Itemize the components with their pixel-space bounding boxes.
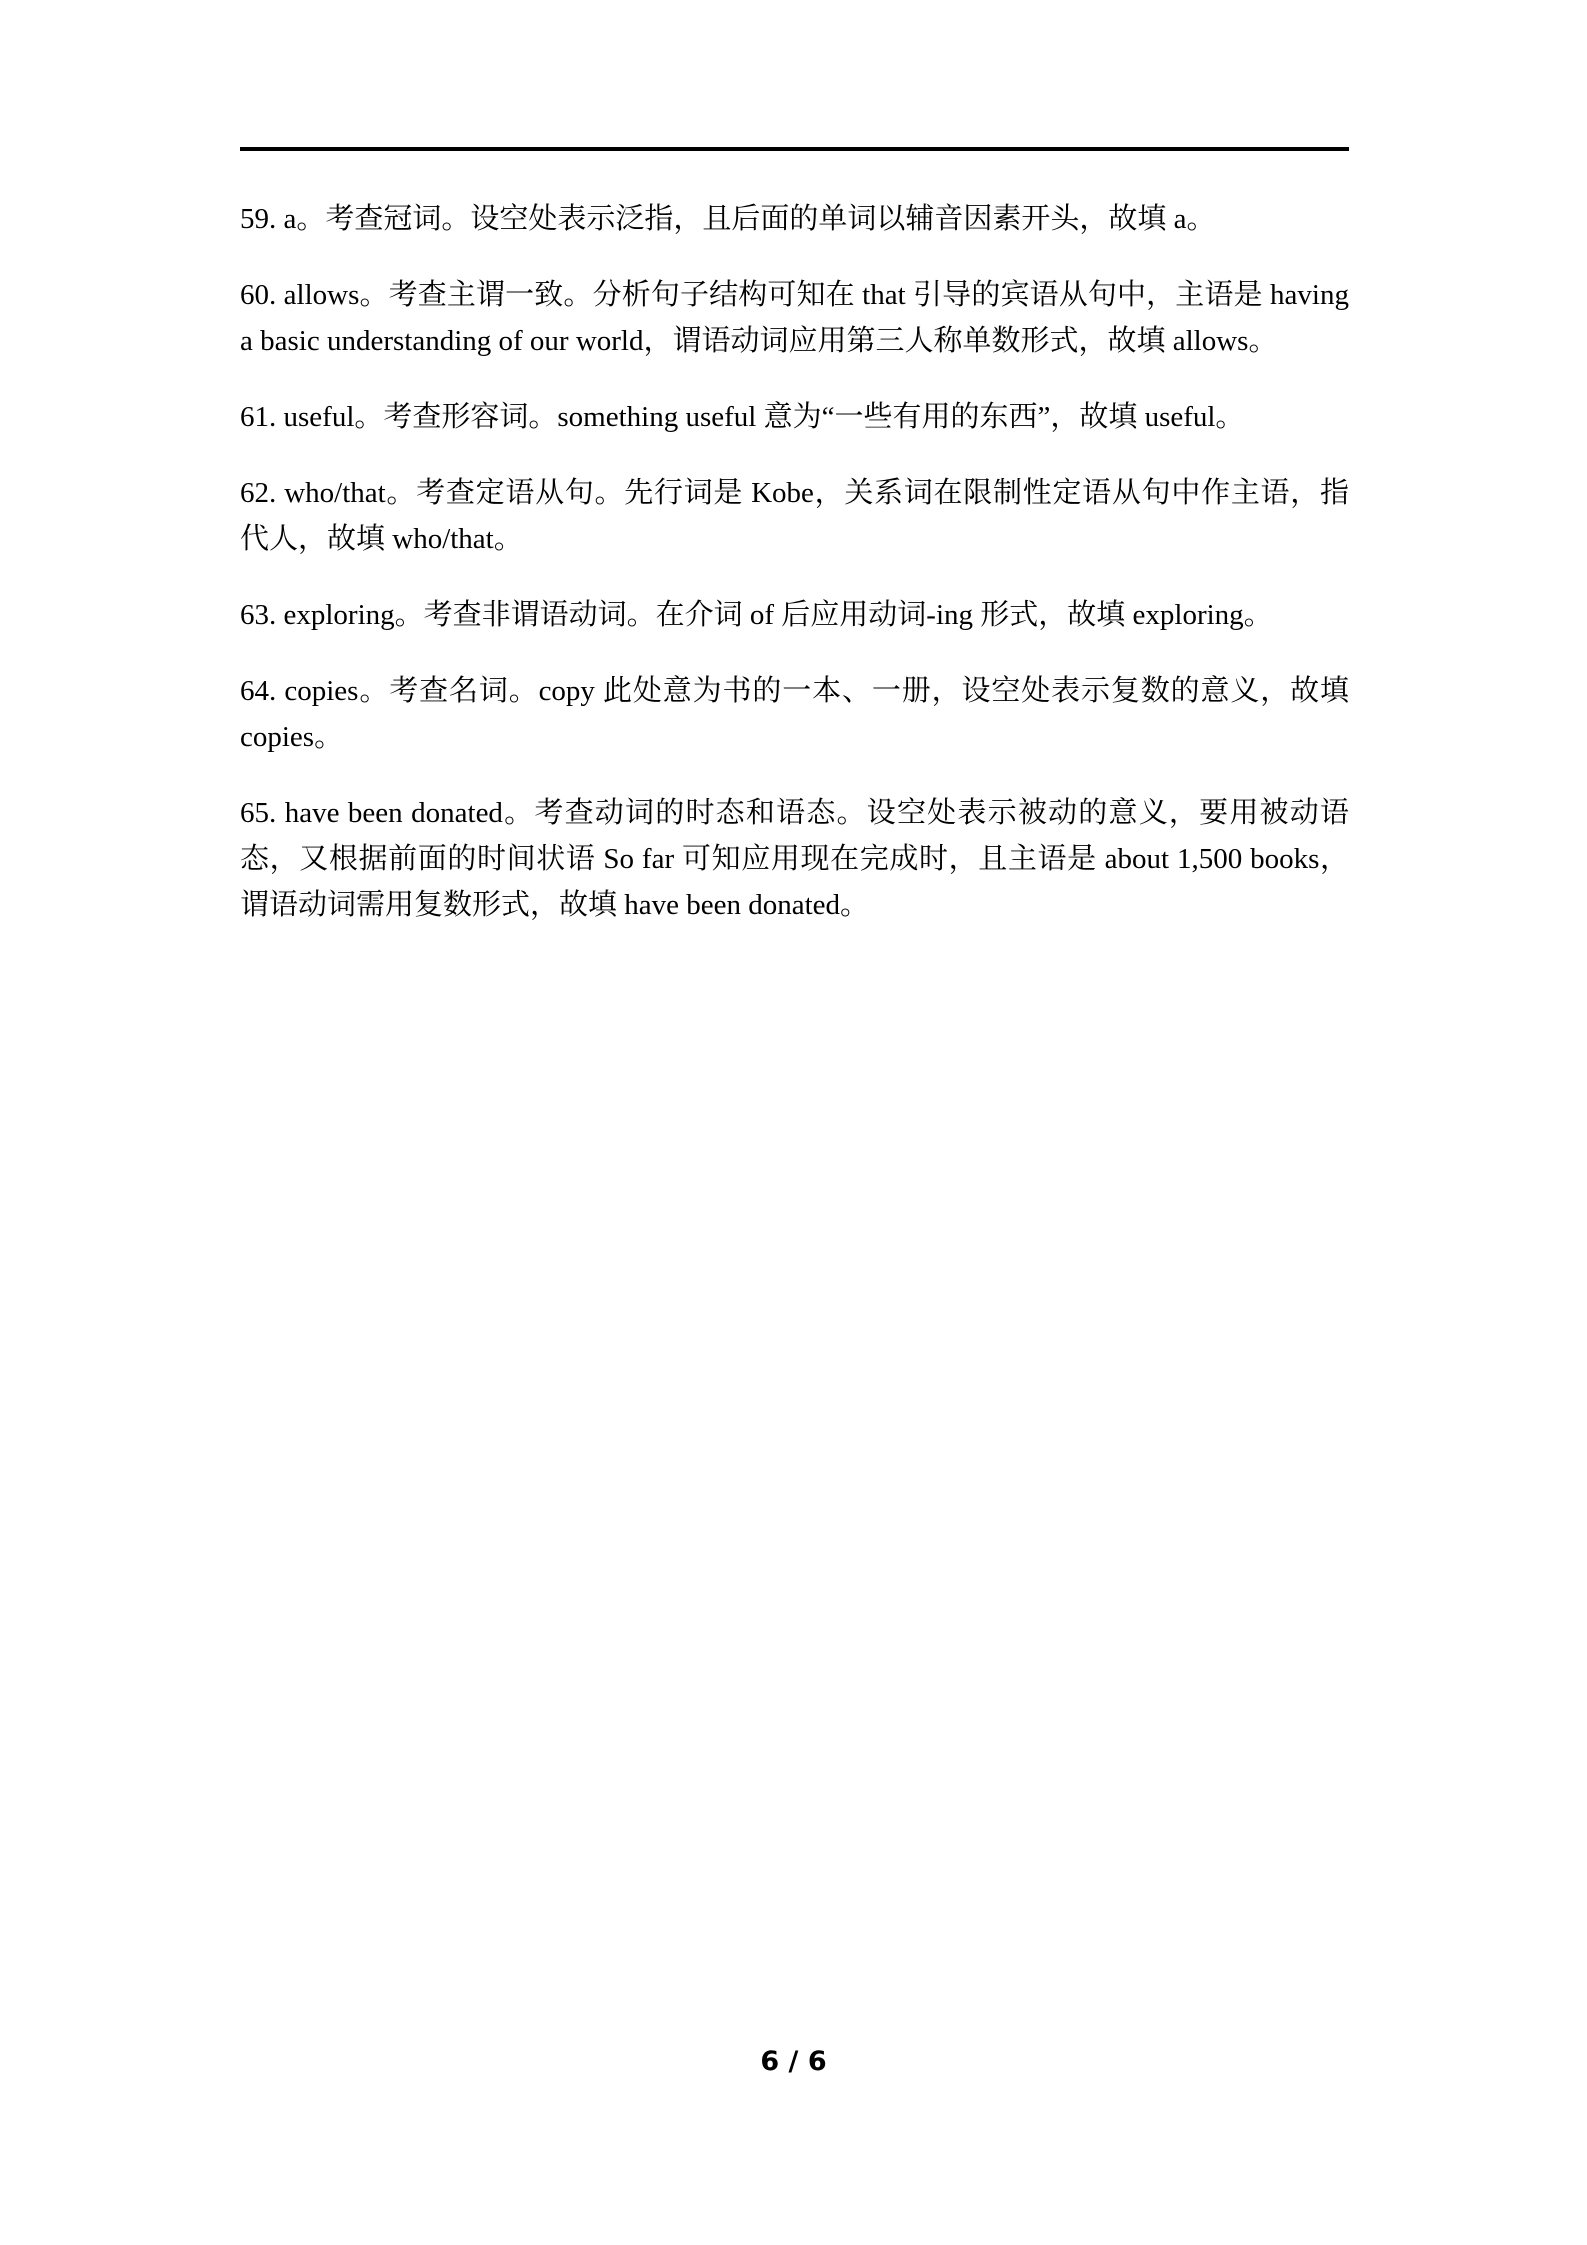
document-page: 59. a。考查冠词。设空处表示泛指，且后面的单词以辅音因素开头，故填 a。 6… — [0, 0, 1587, 2245]
explanation-item-64: 64. copies。考查名词。copy 此处意为书的一本、一册，设空处表示复数… — [240, 668, 1349, 760]
header-divider — [240, 147, 1349, 151]
explanation-item-59: 59. a。考查冠词。设空处表示泛指，且后面的单词以辅音因素开头，故填 a。 — [240, 196, 1349, 242]
document-body: 59. a。考查冠词。设空处表示泛指，且后面的单词以辅音因素开头，故填 a。 6… — [240, 147, 1349, 958]
explanation-item-65: 65. have been donated。考查动词的时态和语态。设空处表示被动… — [240, 790, 1349, 928]
explanation-item-61: 61. useful。考查形容词。something useful 意为“一些有… — [240, 394, 1349, 440]
page-number: 6 / 6 — [0, 2046, 1587, 2077]
explanation-item-62: 62. who/that。考查定语从句。先行词是 Kobe，关系词在限制性定语从… — [240, 470, 1349, 562]
explanation-item-60: 60. allows。考查主谓一致。分析句子结构可知在 that 引导的宾语从句… — [240, 272, 1349, 364]
explanation-item-63: 63. exploring。考查非谓语动词。在介词 of 后应用动词-ing 形… — [240, 592, 1349, 638]
